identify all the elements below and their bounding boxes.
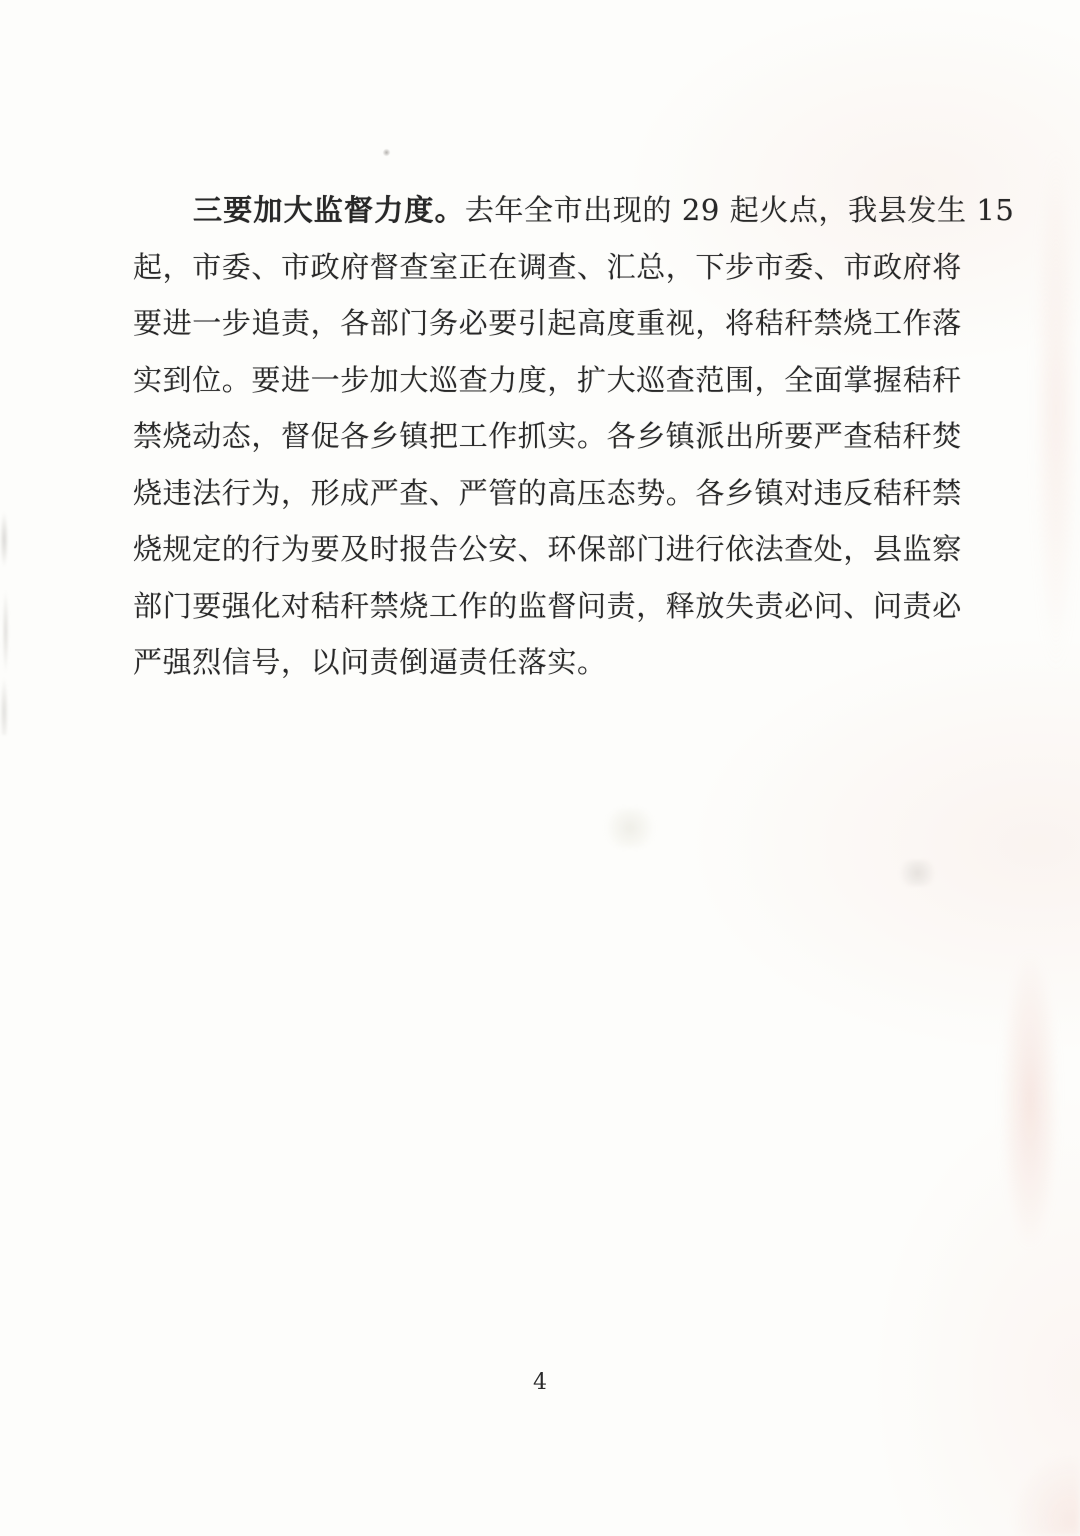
text-line: 严强烈信号，以问责倒逼责任落实。 <box>133 634 973 691</box>
line-text: 去年全市出现的 29 起火点，我县发生 15 <box>465 193 1015 227</box>
scan-edge-mark <box>0 505 14 735</box>
page-number: 4 <box>0 1370 1080 1395</box>
text-line: 实到位。要进一步加大巡查力度，扩大巡查范围，全面掌握秸秆 <box>133 352 973 409</box>
paragraph-lead-bold: 三要加大监督力度。 <box>193 193 465 227</box>
scan-smudge <box>600 808 660 848</box>
scan-pink-streak-right <box>990 940 1070 1340</box>
paragraph: 三要加大监督力度。去年全市出现的 29 起火点，我县发生 15 起，市委、市政府… <box>133 182 973 691</box>
text-line: 三要加大监督力度。去年全市出现的 29 起火点，我县发生 15 <box>133 182 973 239</box>
scan-speck <box>381 147 392 158</box>
scan-pink-tint-top-right <box>1020 60 1080 760</box>
text-line: 烧违法行为，形成严查、严管的高压态势。各乡镇对违反秸秆禁 <box>133 465 973 522</box>
text-line: 烧规定的行为要及时报告公安、环保部门进行依法查处，县监察 <box>133 521 973 578</box>
text-line: 起，市委、市政府督查室正在调查、汇总，下步市委、市政府将 <box>133 239 973 296</box>
scan-smudge <box>895 860 940 886</box>
text-line: 要进一步追责，各部门务必要引起高度重视，将秸秆禁烧工作落 <box>133 295 973 352</box>
scanned-document-page: 三要加大监督力度。去年全市出现的 29 起火点，我县发生 15 起，市委、市政府… <box>0 0 1080 1536</box>
text-line: 部门要强化对秸秆禁烧工作的监督问责，释放失责必问、问责必 <box>133 578 973 635</box>
scan-corner-tint <box>980 1380 1080 1536</box>
text-line: 禁烧动态，督促各乡镇把工作抓实。各乡镇派出所要严查秸秆焚 <box>133 408 973 465</box>
